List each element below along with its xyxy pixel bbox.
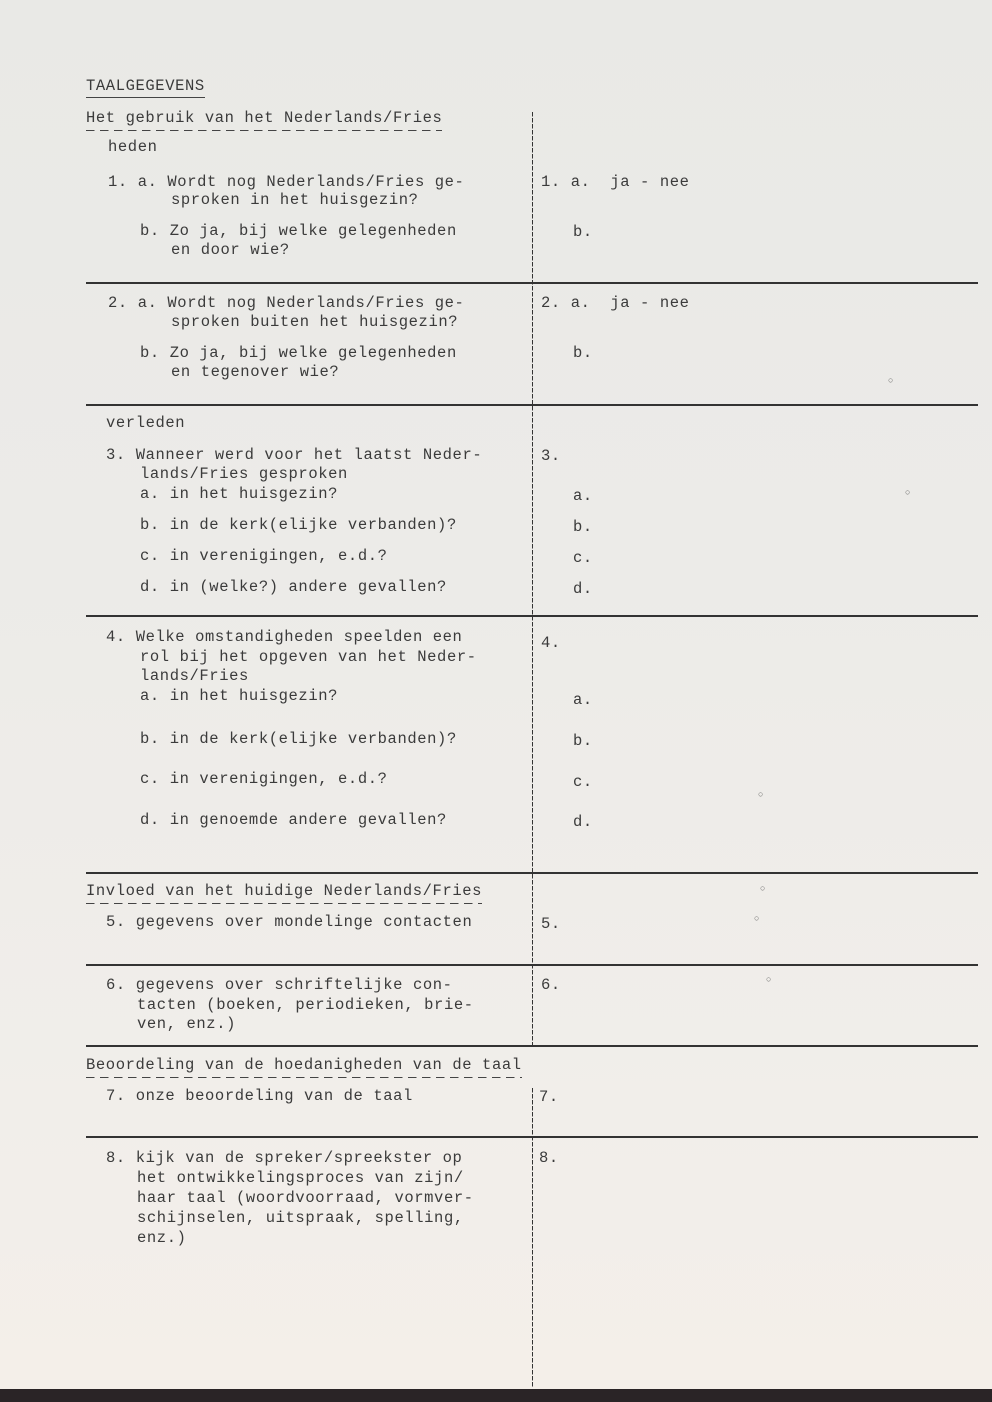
q8-line2: het ontwikkelingsproces van zijn/ <box>137 1168 464 1188</box>
q4-item-b: b. in de kerk(elijke verbanden)? <box>140 729 457 749</box>
q2a-answer-field[interactable]: 2. a. ja - nee <box>541 293 690 313</box>
q5-answer-field[interactable]: 5. <box>541 914 561 934</box>
q7-text: 7. onze beoordeling van de taal <box>106 1086 413 1106</box>
q8-line3: haar taal (woordvoorraad, vormver- <box>137 1188 474 1208</box>
q1b-answer-field[interactable]: b. <box>573 222 593 242</box>
q4c-answer-field[interactable]: c. <box>573 772 593 792</box>
q6-line3: ven, enz.) <box>137 1014 236 1034</box>
q3d-answer-field[interactable]: d. <box>573 579 593 599</box>
q3-line1: 3. Wanneer werd voor het laatst Neder- <box>106 445 482 465</box>
q3b-answer-field[interactable]: b. <box>573 517 593 537</box>
q3a-answer-field[interactable]: a. <box>573 486 593 506</box>
q3c-answer-field[interactable]: c. <box>573 548 593 568</box>
q4b-answer-field[interactable]: b. <box>573 731 593 751</box>
q1a-answer-field[interactable]: 1. a. ja - nee <box>541 172 690 192</box>
q4-item-d: d. in genoemde andere gevallen? <box>140 810 447 830</box>
q1a-line2: sproken in het huisgezin? <box>171 190 419 210</box>
rule <box>86 1045 978 1047</box>
q4-line2: rol bij het opgeven van het Neder- <box>140 647 477 667</box>
q3-line2: lands/Fries gesproken <box>140 464 348 484</box>
q4d-answer-field[interactable]: d. <box>573 812 593 832</box>
section-heading-judgement: Beoordeling van de hoedanigheden van de … <box>86 1055 522 1078</box>
q3-item-b: b. in de kerk(elijke verbanden)? <box>140 515 457 535</box>
q6-answer-field[interactable]: 6. <box>541 975 561 995</box>
q6-line2: tacten (boeken, periodieken, brie- <box>137 995 474 1015</box>
rule <box>86 404 978 406</box>
q4-item-a: a. in het huisgezin? <box>140 686 338 706</box>
q3-item-c: c. in verenigingen, e.d.? <box>140 546 388 566</box>
q8-answer-field[interactable]: 8. <box>539 1148 559 1168</box>
q2b-answer-field[interactable]: b. <box>573 343 593 363</box>
q6-line1: 6. gegevens over schriftelijke con- <box>106 975 453 995</box>
q1b-line1: b. Zo ja, bij welke gelegenheden <box>140 221 457 241</box>
rule <box>86 282 978 284</box>
rule <box>86 964 978 966</box>
q4-answer-label: 4. <box>541 633 561 653</box>
scan-speck: ○ <box>766 975 771 985</box>
q2b-line2: en tegenover wie? <box>171 362 339 382</box>
q4-line1: 4. Welke omstandigheden speelden een <box>106 627 462 647</box>
column-divider-lower <box>532 1088 533 1388</box>
q2a-line1: 2. a. Wordt nog Nederlands/Fries ge- <box>108 293 464 313</box>
scan-speck: ○ <box>760 884 765 894</box>
q4-item-c: c. in verenigingen, e.d.? <box>140 769 388 789</box>
scan-speck: ○ <box>905 488 910 498</box>
q2b-line1: b. Zo ja, bij welke gelegenheden <box>140 343 457 363</box>
q1a-line1: 1. a. Wordt nog Nederlands/Fries ge- <box>108 172 464 192</box>
scan-speck: ○ <box>888 376 893 386</box>
q8-line5: enz.) <box>137 1228 187 1248</box>
subheading-past: verleden <box>106 413 185 433</box>
section-heading-use: Het gebruik van het Nederlands/Fries <box>86 108 442 131</box>
q3-answer-label: 3. <box>541 446 561 466</box>
column-divider <box>532 112 533 1046</box>
q4a-answer-field[interactable]: a. <box>573 690 593 710</box>
scan-speck: ○ <box>754 914 759 924</box>
q7-answer-field[interactable]: 7. <box>539 1087 559 1107</box>
q5-text: 5. gegevens over mondelinge contacten <box>106 912 472 932</box>
q1b-line2: en door wie? <box>171 240 290 260</box>
q8-line4: schijnselen, uitspraak, spelling, <box>137 1208 464 1228</box>
q8-line1: 8. kijk van de spreker/spreekster op <box>106 1148 462 1168</box>
q3-item-d: d. in (welke?) andere gevallen? <box>140 577 447 597</box>
rule <box>86 872 978 874</box>
subheading-present: heden <box>108 137 158 157</box>
scan-background <box>0 1389 992 1402</box>
q2a-line2: sproken buiten het huisgezin? <box>171 312 458 332</box>
q3-item-a: a. in het huisgezin? <box>140 484 338 504</box>
section-heading-influence: Invloed van het huidige Nederlands/Fries <box>86 881 482 904</box>
q4-line3: lands/Fries <box>140 666 249 686</box>
scan-speck: ○ <box>758 790 763 800</box>
rule <box>86 615 978 617</box>
rule <box>86 1136 978 1138</box>
document-title: TAALGEGEVENS <box>86 76 205 98</box>
